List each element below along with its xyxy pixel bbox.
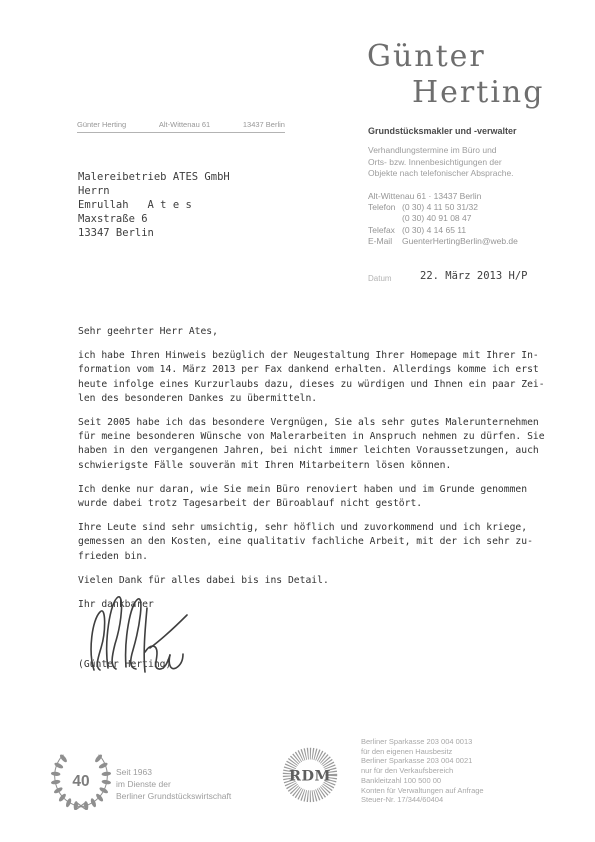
- wreath-number: 40: [72, 773, 89, 790]
- contact-row-email: E-Mail GuenterHertingBerlin@web.de: [368, 236, 558, 247]
- contact-block: Alt-Wittenau 61 · 13437 Berlin Telefon (…: [368, 191, 558, 247]
- salutation: Sehr geehrter Herr Ates,: [78, 325, 553, 339]
- bank-details: Berliner Sparkasse 203 004 0013 für den …: [361, 737, 484, 805]
- letterhead-logo-line1: Günter: [367, 42, 486, 72]
- date-value: 22. März 2013 H/P: [420, 270, 527, 282]
- signature-area: Ihr dankbarer (Günter Herting): [78, 598, 553, 672]
- scanned-letter-page: Günter Herting Günter Herting Alt-Witten…: [0, 0, 595, 842]
- paragraph-5: Vielen Dank für alles dabei bis ins Deta…: [78, 574, 553, 588]
- rdm-logo: RDM: [278, 744, 342, 808]
- anniversary-text: Seit 1963 im Dienste der Berliner Grunds…: [116, 766, 231, 802]
- letter-body: Sehr geehrter Herr Ates, ich habe Ihren …: [78, 325, 553, 672]
- letterhead-info-column: Grundstücksmakler und -verwalter Verhand…: [368, 126, 558, 247]
- sender-city: 13437 Berlin: [243, 120, 285, 129]
- paragraph-4: Ihre Leute sind sehr umsichtig, sehr höf…: [78, 521, 553, 564]
- phone-label: Telefon: [368, 202, 402, 213]
- email-label: E-Mail: [368, 236, 402, 247]
- paragraph-2: Seit 2005 habe ich das besondere Vergnüg…: [78, 416, 553, 473]
- contact-row-fax: Telefax (0 30) 4 14 65 11: [368, 225, 558, 236]
- sender-name: Günter Herting: [77, 120, 126, 129]
- sender-street: Alt-Wittenau 61: [159, 120, 210, 129]
- email-value: GuenterHertingBerlin@web.de: [402, 236, 518, 247]
- fax-label: Telefax: [368, 225, 402, 236]
- paragraph-1: ich habe Ihren Hinweis bezüglich der Neu…: [78, 349, 553, 406]
- fax-value: (0 30) 4 14 65 11: [402, 225, 466, 236]
- appointment-note: Verhandlungstermine im Büro und Orts- bz…: [368, 145, 558, 180]
- phone2-label: [368, 213, 402, 224]
- recipient-address: Malereibetrieb ATES GmbH Herrn Emrullah …: [78, 170, 230, 240]
- profession-title: Grundstücksmakler und -verwalter: [368, 126, 558, 136]
- phone-value: (0 30) 4 11 50 31/32: [402, 202, 478, 213]
- letterhead-logo-line2: Herting: [412, 78, 544, 108]
- handwritten-signature: [84, 590, 204, 685]
- contact-row-phone2: (0 30) 40 91 08 47: [368, 213, 558, 224]
- anniversary-wreath-icon: 40: [50, 748, 112, 810]
- phone2-value: (0 30) 40 91 08 47: [402, 213, 471, 224]
- sender-return-line: Günter Herting Alt-Wittenau 61 13437 Ber…: [77, 120, 285, 133]
- date-label: Datum: [368, 274, 392, 283]
- contact-address: Alt-Wittenau 61 · 13437 Berlin: [368, 191, 558, 202]
- rdm-logo-text: RDM: [289, 767, 331, 784]
- contact-row-phone1: Telefon (0 30) 4 11 50 31/32: [368, 202, 558, 213]
- paragraph-3: Ich denke nur daran, wie Sie mein Büro r…: [78, 483, 553, 511]
